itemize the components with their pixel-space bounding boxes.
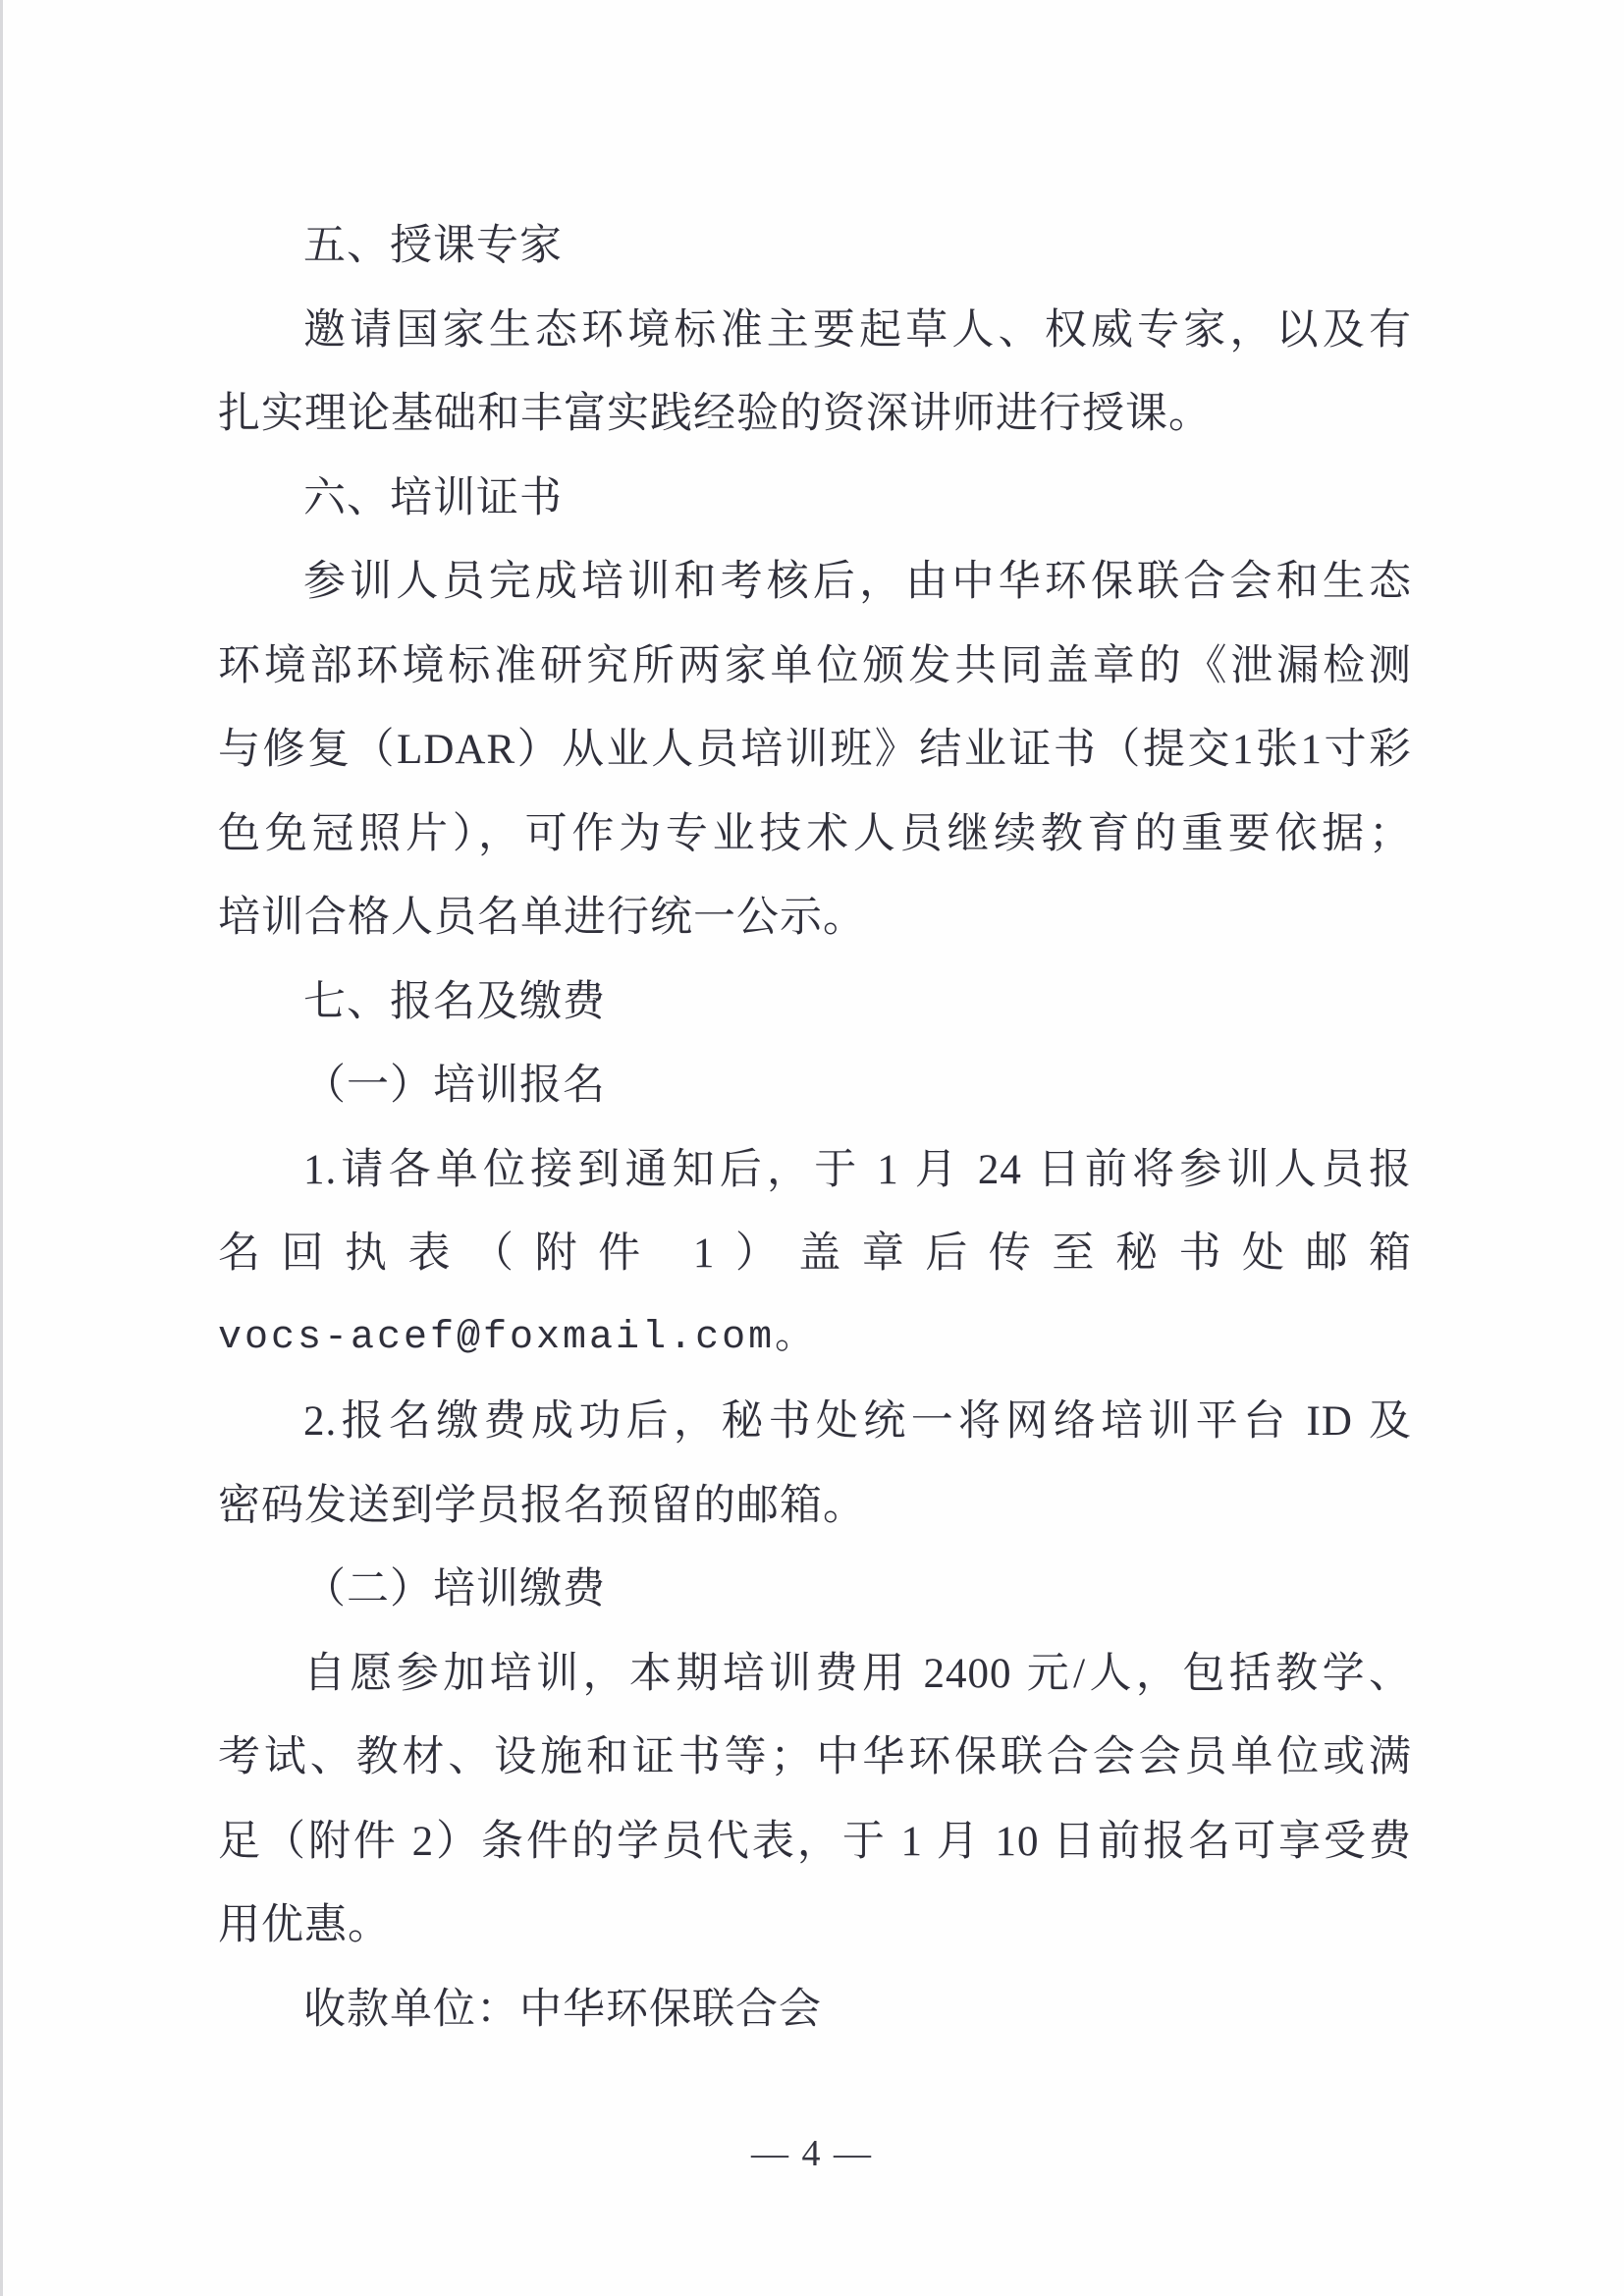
document-body: 五、授课专家邀请国家生态环境标准主要起草人、权威专家，以及有扎实理论基础和丰富实… [218,204,1412,2051]
document-page: 五、授课专家邀请国家生态环境标准主要起草人、权威专家，以及有扎实理论基础和丰富实… [0,0,1624,2296]
paragraph-line: 环境部环境标准研究所两家单位颁发共同盖章的《泄漏检测 [218,625,1412,709]
paragraph-line: 自愿参加培训，本期培训费用 2400 元/人，包括教学、 [218,1632,1412,1717]
paragraph-line: 收款单位：中华环保联合会 [218,1968,1412,2052]
scan-edge-artifact [0,0,3,2296]
paragraph-line: 用优惠。 [218,1884,1412,1968]
section-heading: 五、授课专家 [218,204,1412,289]
paragraph-line: 参训人员完成培训和考核后，由中华环保联合会和生态 [218,540,1412,625]
paragraph-line: 2.报名缴费成功后，秘书处统一将网络培训平台 ID 及 [218,1380,1412,1464]
paragraph-line: 扎实理论基础和丰富实践经验的资深讲师进行授课。 [218,372,1412,457]
sub-heading: （一）培训报名 [218,1044,1412,1128]
sub-heading: （二）培训缴费 [218,1548,1412,1632]
page-number: — 4 — [0,2129,1624,2178]
paragraph-line: 色免冠照片），可作为专业技术人员继续教育的重要依据； [218,793,1412,877]
paragraph-line: 考试、教材、设施和证书等；中华环保联合会会员单位或满 [218,1716,1412,1800]
paragraph-line: 名回执表（附件 1）盖章后传至秘书处邮箱 [218,1212,1412,1296]
email-address: vocs-acef@foxmail.com。 [218,1296,1412,1381]
paragraph-line: 与修复（LDAR）从业人员培训班》结业证书（提交1张1寸彩 [218,708,1412,793]
paragraph-line: 足（附件 2）条件的学员代表，于 1 月 10 日前报名可享受费 [218,1800,1412,1885]
section-heading: 六、培训证书 [218,457,1412,541]
paragraph-line: 培训合格人员名单进行统一公示。 [218,876,1412,960]
section-heading: 七、报名及缴费 [218,960,1412,1045]
paragraph-line: 邀请国家生态环境标准主要起草人、权威专家，以及有 [218,289,1412,373]
paragraph-line: 1.请各单位接到通知后，于 1 月 24 日前将参训人员报 [218,1128,1412,1213]
paragraph-line: 密码发送到学员报名预留的邮箱。 [218,1464,1412,1549]
